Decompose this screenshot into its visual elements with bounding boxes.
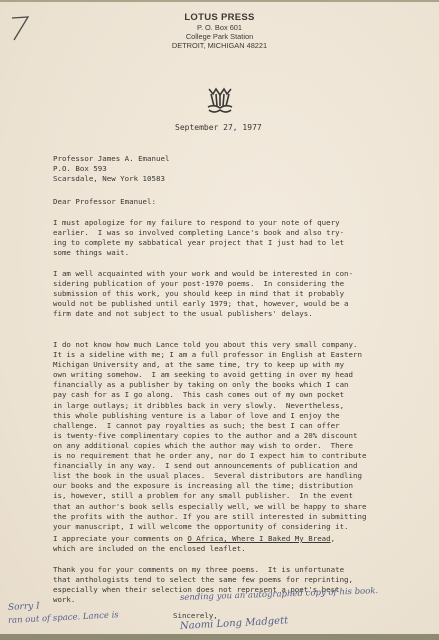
letterhead: LOTUS PRESS P. O. Box 601 College Park S… bbox=[0, 12, 439, 50]
paragraph-interest: I am well acquainted with your work and … bbox=[53, 269, 353, 319]
letter-page: LOTUS PRESS P. O. Box 601 College Park S… bbox=[0, 2, 439, 636]
press-address-line: DETROIT, MICHIGAN 48221 bbox=[0, 41, 439, 50]
paragraph-company: I do not know how much Lance told you ab… bbox=[53, 340, 366, 532]
book-title: O Africa, Where I Baked My Bread bbox=[187, 534, 330, 543]
paragraph-apology: I must apologize for my failure to respo… bbox=[53, 218, 344, 258]
press-name: LOTUS PRESS bbox=[0, 12, 439, 23]
paragraph-appreciation: I appreciate your comments on O Africa, … bbox=[53, 534, 335, 554]
lotus-icon bbox=[204, 86, 236, 116]
recipient-city: Scarsdale, New York 10583 bbox=[53, 174, 169, 184]
paragraph-text: I appreciate your comments on bbox=[53, 534, 187, 543]
letter-date: September 27, 1977 bbox=[175, 123, 262, 133]
press-address-line: College Park Station bbox=[0, 32, 439, 41]
salutation: Dear Professor Emanuel: bbox=[53, 197, 156, 207]
press-address-line: P. O. Box 601 bbox=[0, 23, 439, 32]
recipient-address: Professor James A. EmanuelP.O. Box 593Sc… bbox=[53, 154, 169, 184]
recipient-name: Professor James A. Emanuel bbox=[53, 154, 169, 164]
page-edge bbox=[0, 634, 439, 640]
handwritten-note: ran out of space. Lance is bbox=[8, 610, 119, 626]
handwritten-note: Sorry I bbox=[8, 601, 40, 613]
recipient-po-box: P.O. Box 593 bbox=[53, 164, 169, 174]
